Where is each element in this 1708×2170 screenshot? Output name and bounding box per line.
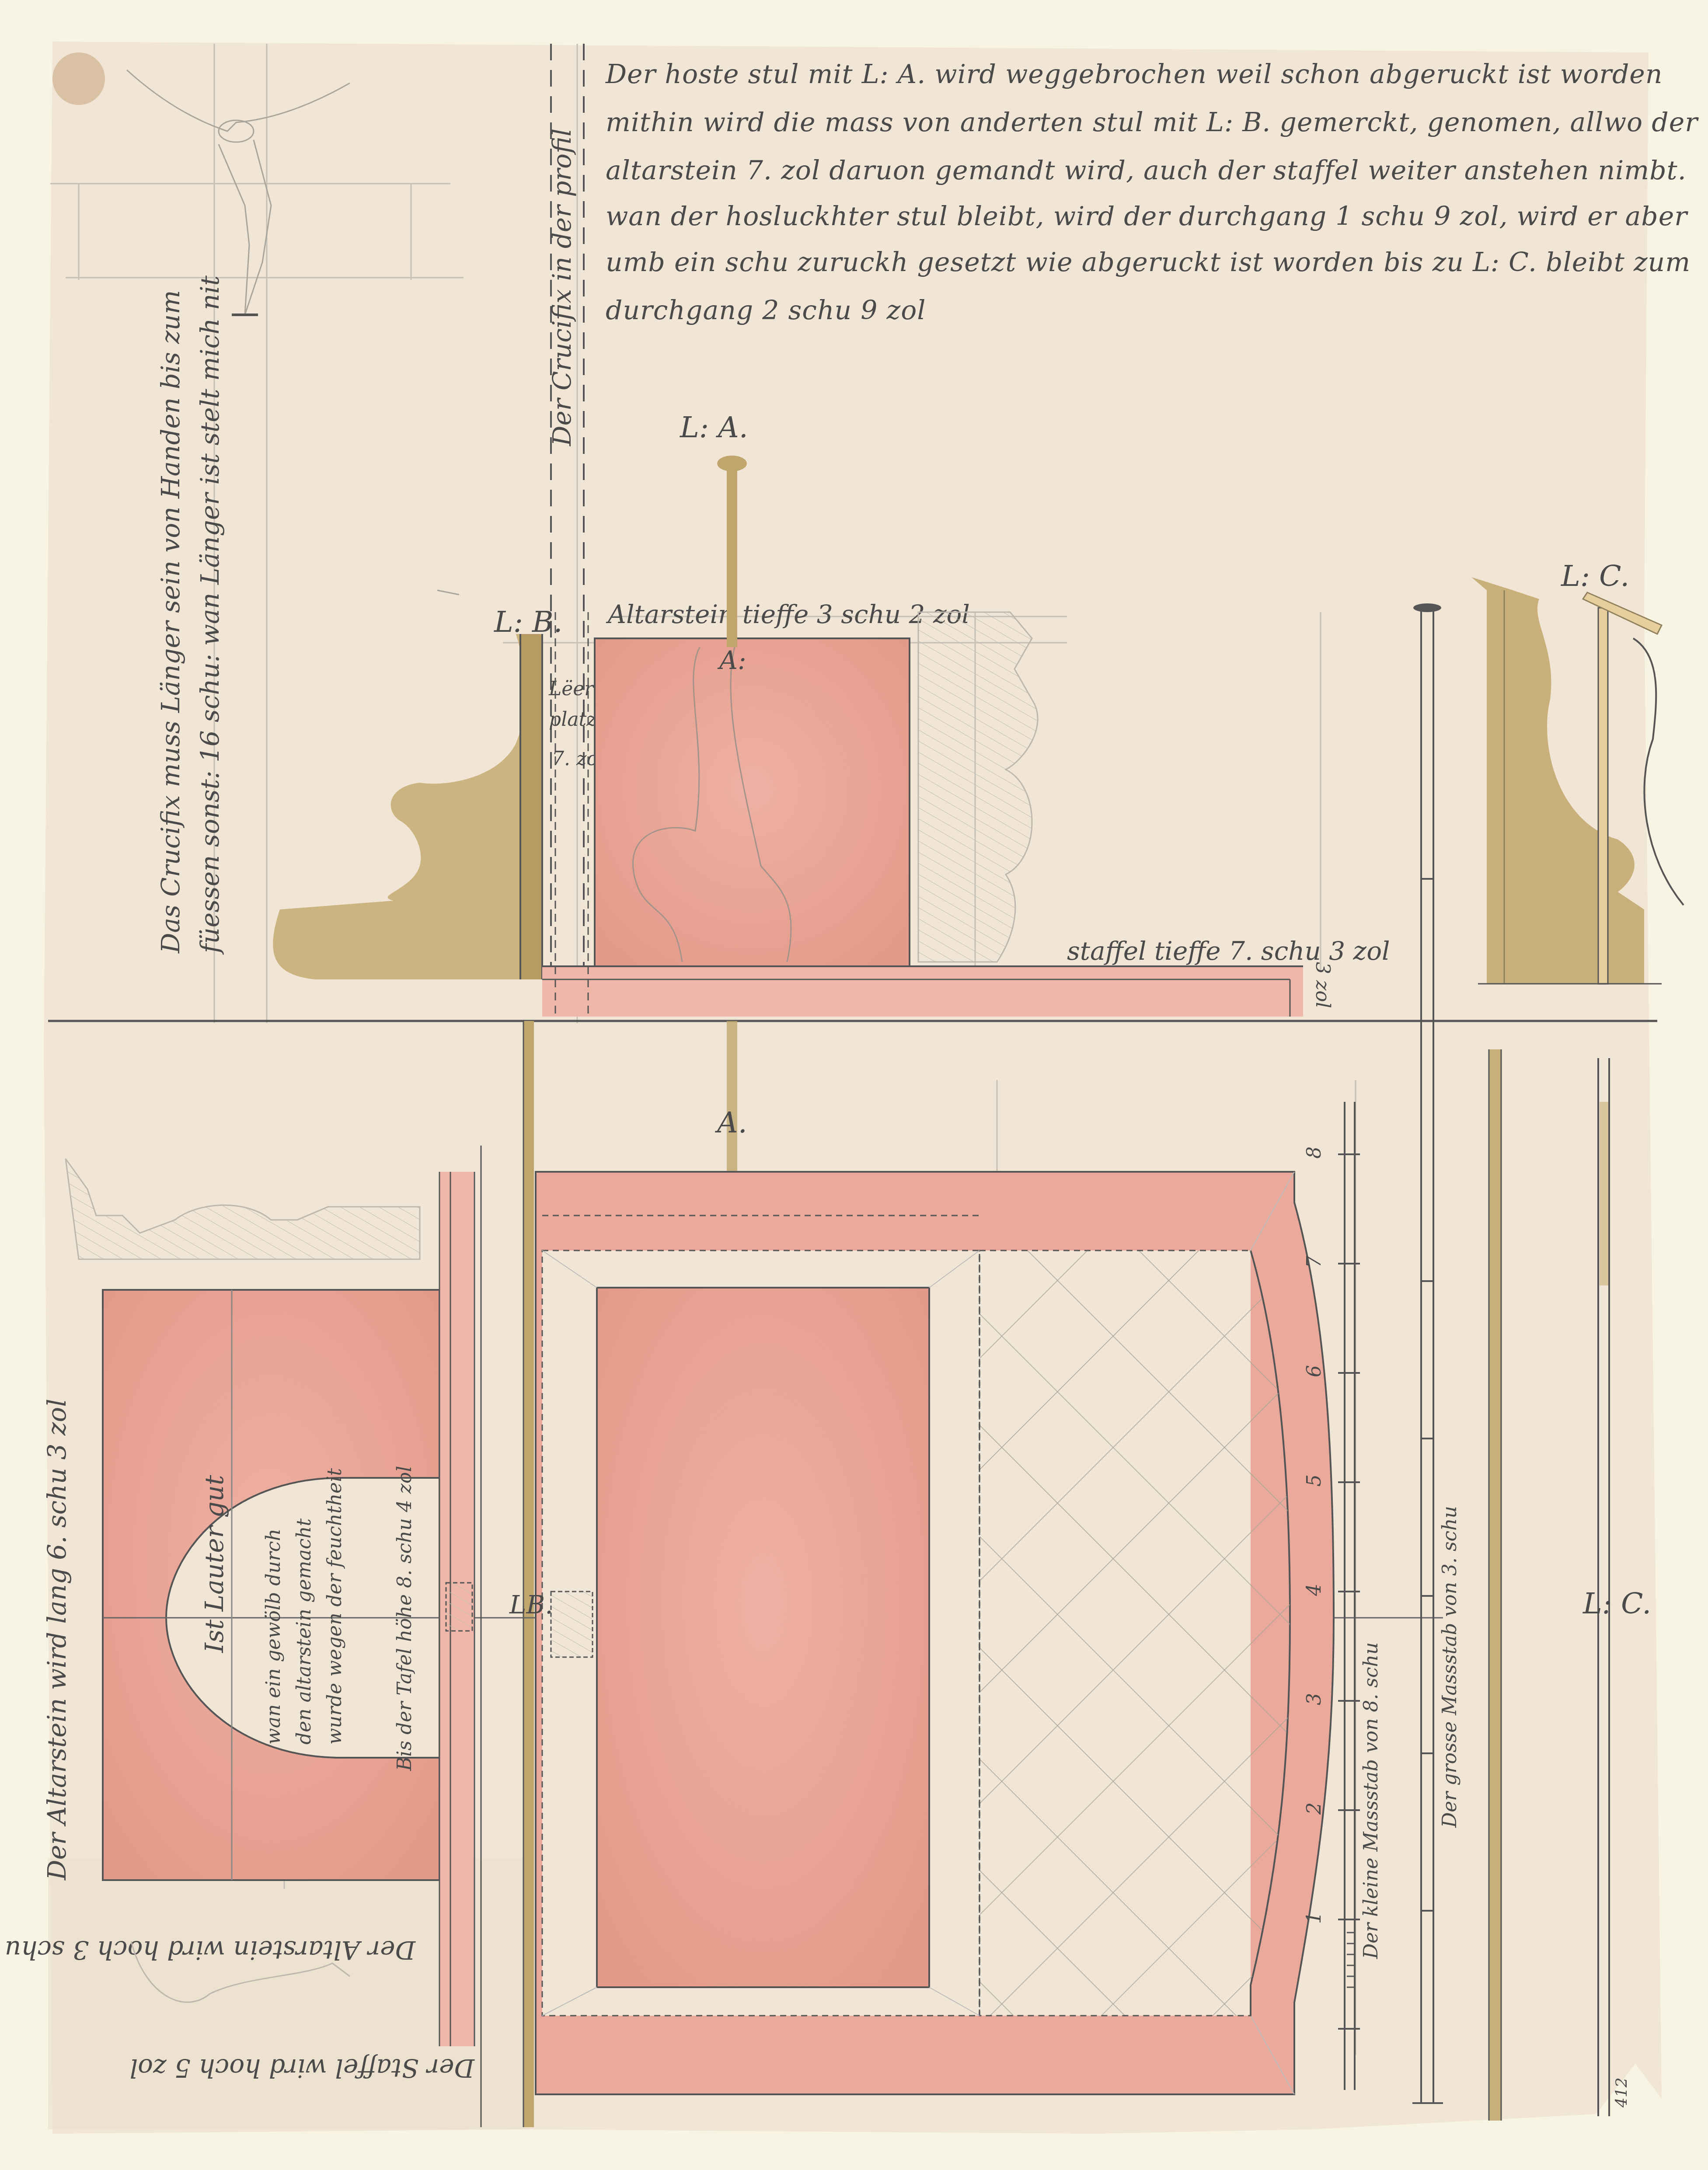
label-staffel-height: 3 zol [1311,962,1334,1008]
large-scale-label: Der grosse Massstab von 3. schu [1439,1506,1461,1828]
header-note-line: altarstein 7. zol daruon gemandt wird, a… [606,155,1687,186]
ellipse-note-line: Ist Lauter gut [199,1475,229,1653]
bolt-hole-left [446,1583,472,1631]
label-a-top: A: [717,645,746,675]
label-lc-top: L: C. [1561,559,1629,593]
svg-text:4: 4 [1303,1584,1325,1596]
upside-note-staffel: Der Staffel wird hoch 5 zol [130,2053,475,2083]
label-lb-plan: LB. [509,1590,553,1620]
svg-text:platz: platz [549,708,597,731]
lattice-panel [979,1250,1290,2016]
post-la [727,463,737,647]
svg-text:2: 2 [1303,1802,1325,1815]
altarstein-elevation [595,638,910,971]
drawing-canvas: Der hoste stul mit L: A. wird weggebroch… [0,0,1708,2170]
crucifix-note-line: Das Crucifix muss Länger sein von Handen… [156,290,185,954]
label-la-top: L: A. [680,411,748,444]
header-note-line: Der hoste stul mit L: A. wird weggebroch… [605,59,1663,90]
header-note-line: umb ein schu zuruckh gesetzt wie abgeruc… [606,247,1691,278]
bracket-lb-post [520,634,542,979]
ellipse-note-line: wurde wegen der feuchtheit [324,1468,346,1745]
profile-note: Der Crucifix in der profil [547,129,577,446]
label-altar-length: Der Altarstein wird lang 6. schu 3 zol [42,1399,72,1881]
altar-inner-panel [597,1288,929,1987]
ochre-line-lc [1489,1049,1501,2121]
ellipse-note-line: wan ein gewölb durch [262,1529,285,1745]
staffel-step [542,966,1303,1017]
lectern-post [1598,608,1608,984]
drawing-sheet: Der hoste stul mit L: A. wird weggebroch… [0,0,1708,2170]
header-note-line: durchgang 2 schu 9 zol [606,295,926,326]
svg-text:3: 3 [1303,1693,1325,1705]
label-lc-mid: L: C. [1583,1587,1651,1620]
label-staffel-depth: staffel tieffe 7. schu 3 zol [1067,936,1390,966]
label-altarstein-depth: Altarstein tieffe 3 schu 2 zol [606,599,970,629]
label-a-plan: A. [715,1106,747,1139]
upside-note-altarstein: Der Altarstein wird hoch 3 schu 3 zol [0,1935,416,1965]
ochre-line-la [727,1021,737,1178]
header-note-line: wan der hosluckhter stul bleibt, wird de… [606,201,1688,232]
bolt-hole-center [551,1592,593,1657]
svg-text:8: 8 [1303,1146,1325,1159]
svg-text:6: 6 [1303,1365,1325,1377]
ochre-line-lb [523,1021,534,2127]
crucifix-note-line: füessen sonst: 16 schu: wan Länger ist s… [195,275,225,955]
svg-text:5: 5 [1303,1474,1325,1487]
label-lb-top: L: B. [494,605,563,639]
page-number: 412 [1613,2077,1631,2108]
small-scale-label: Der kleine Massstab von 8. schu [1360,1642,1382,1959]
svg-text:7: 7 [1303,1256,1325,1268]
svg-text:1: 1 [1303,1912,1325,1924]
stain-top-left [52,52,105,105]
label-altar-height: Bis der Tafel höhe 8. schu 4 zol [394,1466,416,1771]
ellipse-note-line: den altarstein gemacht [293,1518,315,1745]
header-note-line: mithin wird die mass von anderten stul m… [606,107,1699,138]
